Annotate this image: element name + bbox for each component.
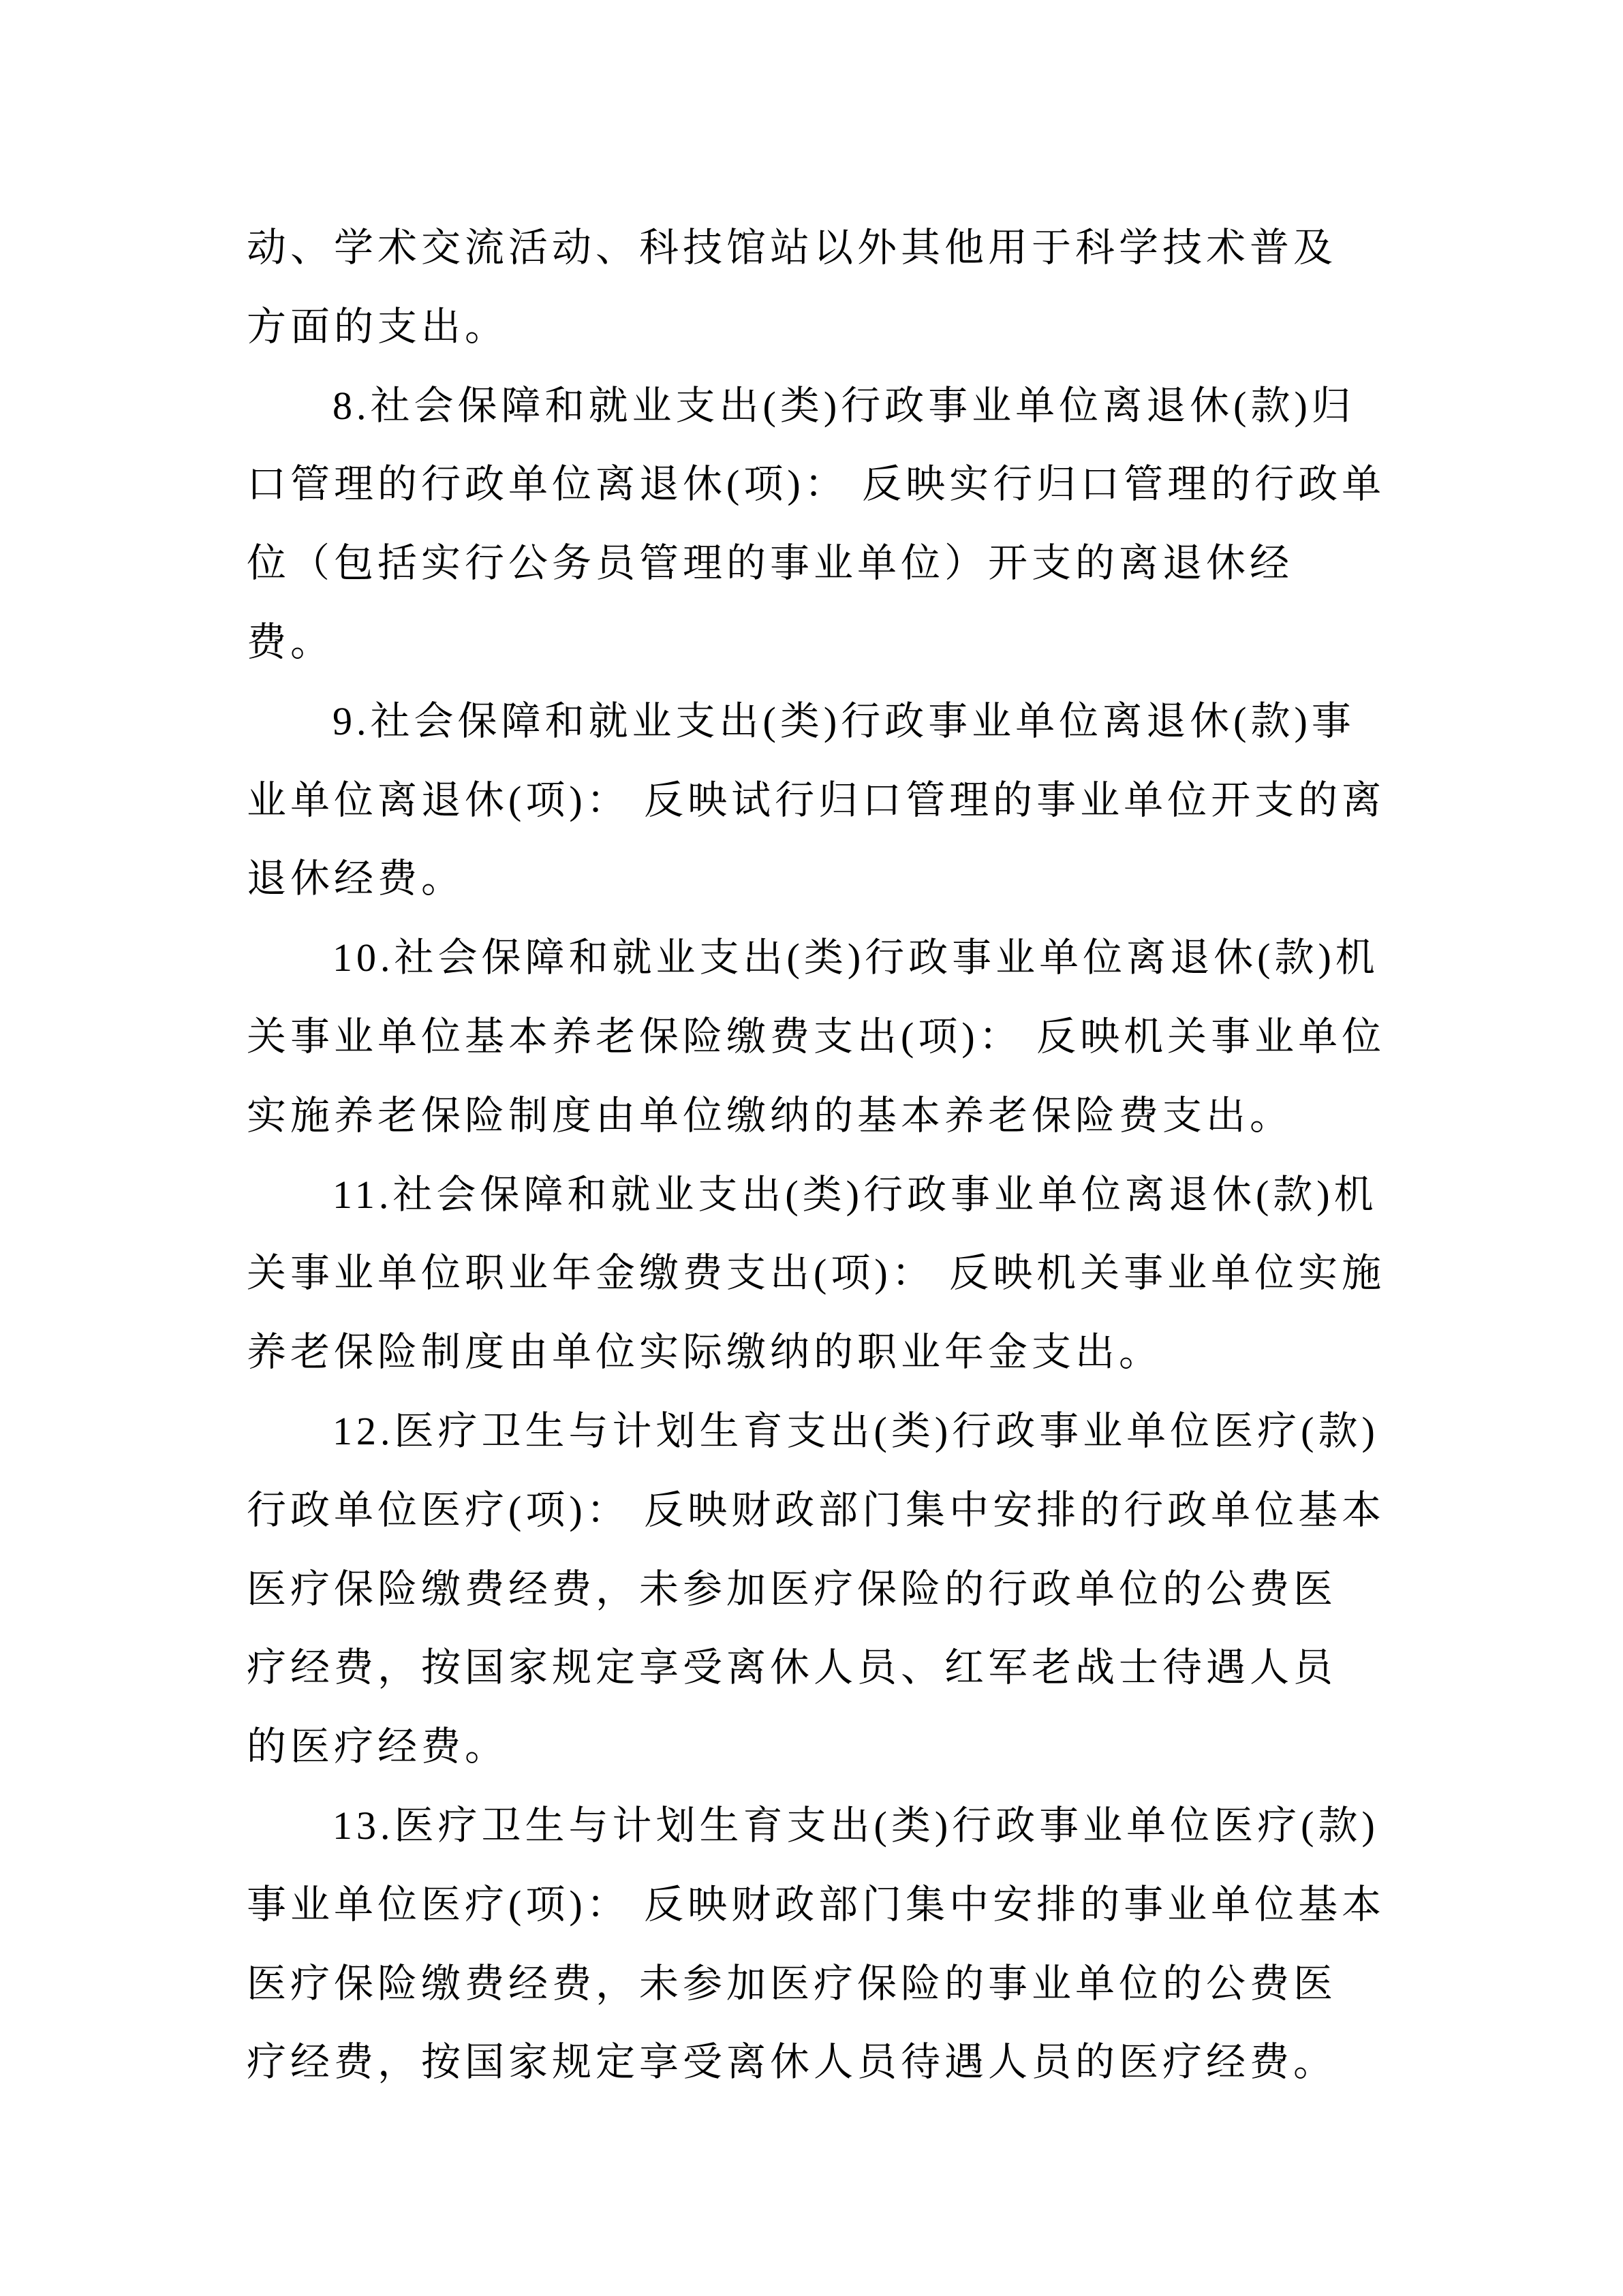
text-line: 8.社会保障和就业支出(类)行政事业单位离退休(款)归 <box>333 367 1355 446</box>
text-line: 费。 <box>247 603 334 682</box>
text-line: 业单位离退休(项)： 反映试行归口管理的事业单位开支的离 <box>247 761 1385 840</box>
text-line: 事业单位医疗(项)： 反映财政部门集中安排的事业单位基本 <box>247 1865 1385 1944</box>
text-line: 医疗保险缴费经费，未参加医疗保险的事业单位的公费医 <box>247 1944 1337 2023</box>
document-page: 动、学术交流活动、科技馆站以外其他用于科学技术普及方面的支出。8.社会保障和就业… <box>0 0 1623 2296</box>
text-line: 养老保险制度由单位实际缴纳的职业年金支出。 <box>247 1313 1162 1392</box>
text-line: 位（包括实行公务员管理的事业单位）开支的离退休经 <box>247 524 1293 603</box>
text-line: 实施养老保险制度由单位缴纳的基本养老保险费支出。 <box>247 1076 1293 1155</box>
text-line: 10.社会保障和就业支出(类)行政事业单位离退休(款)机 <box>333 918 1379 997</box>
text-line: 12.医疗卫生与计划生育支出(类)行政事业单位医疗(款) <box>333 1392 1379 1471</box>
text-line: 关事业单位基本养老保险缴费支出(项)： 反映机关事业单位 <box>247 997 1385 1076</box>
text-line: 口管理的行政单位离退休(项)： 反映实行归口管理的行政单 <box>247 445 1385 524</box>
text-line: 疗经费，按国家规定享受离休人员、红军老战士待遇人员 <box>247 1628 1337 1707</box>
text-line: 11.社会保障和就业支出(类)行政事业单位离退休(款)机 <box>333 1155 1378 1235</box>
text-line: 退休经费。 <box>247 839 465 918</box>
text-line: 关事业单位职业年金缴费支出(项)： 反映机关事业单位实施 <box>247 1234 1385 1313</box>
text-line: 方面的支出。 <box>247 288 508 367</box>
text-line: 9.社会保障和就业支出(类)行政事业单位离退休(款)事 <box>333 682 1355 761</box>
text-line: 动、学术交流活动、科技馆站以外其他用于科学技术普及 <box>247 208 1337 288</box>
text-line: 医疗保险缴费经费，未参加医疗保险的行政单位的公费医 <box>247 1550 1337 1629</box>
text-line: 的医疗经费。 <box>247 1707 508 1786</box>
text-line: 13.医疗卫生与计划生育支出(类)行政事业单位医疗(款) <box>333 1786 1379 1865</box>
text-line: 行政单位医疗(项)： 反映财政部门集中安排的行政单位基本 <box>247 1471 1385 1550</box>
text-line: 疗经费，按国家规定享受离休人员待遇人员的医疗经费。 <box>247 2023 1337 2102</box>
